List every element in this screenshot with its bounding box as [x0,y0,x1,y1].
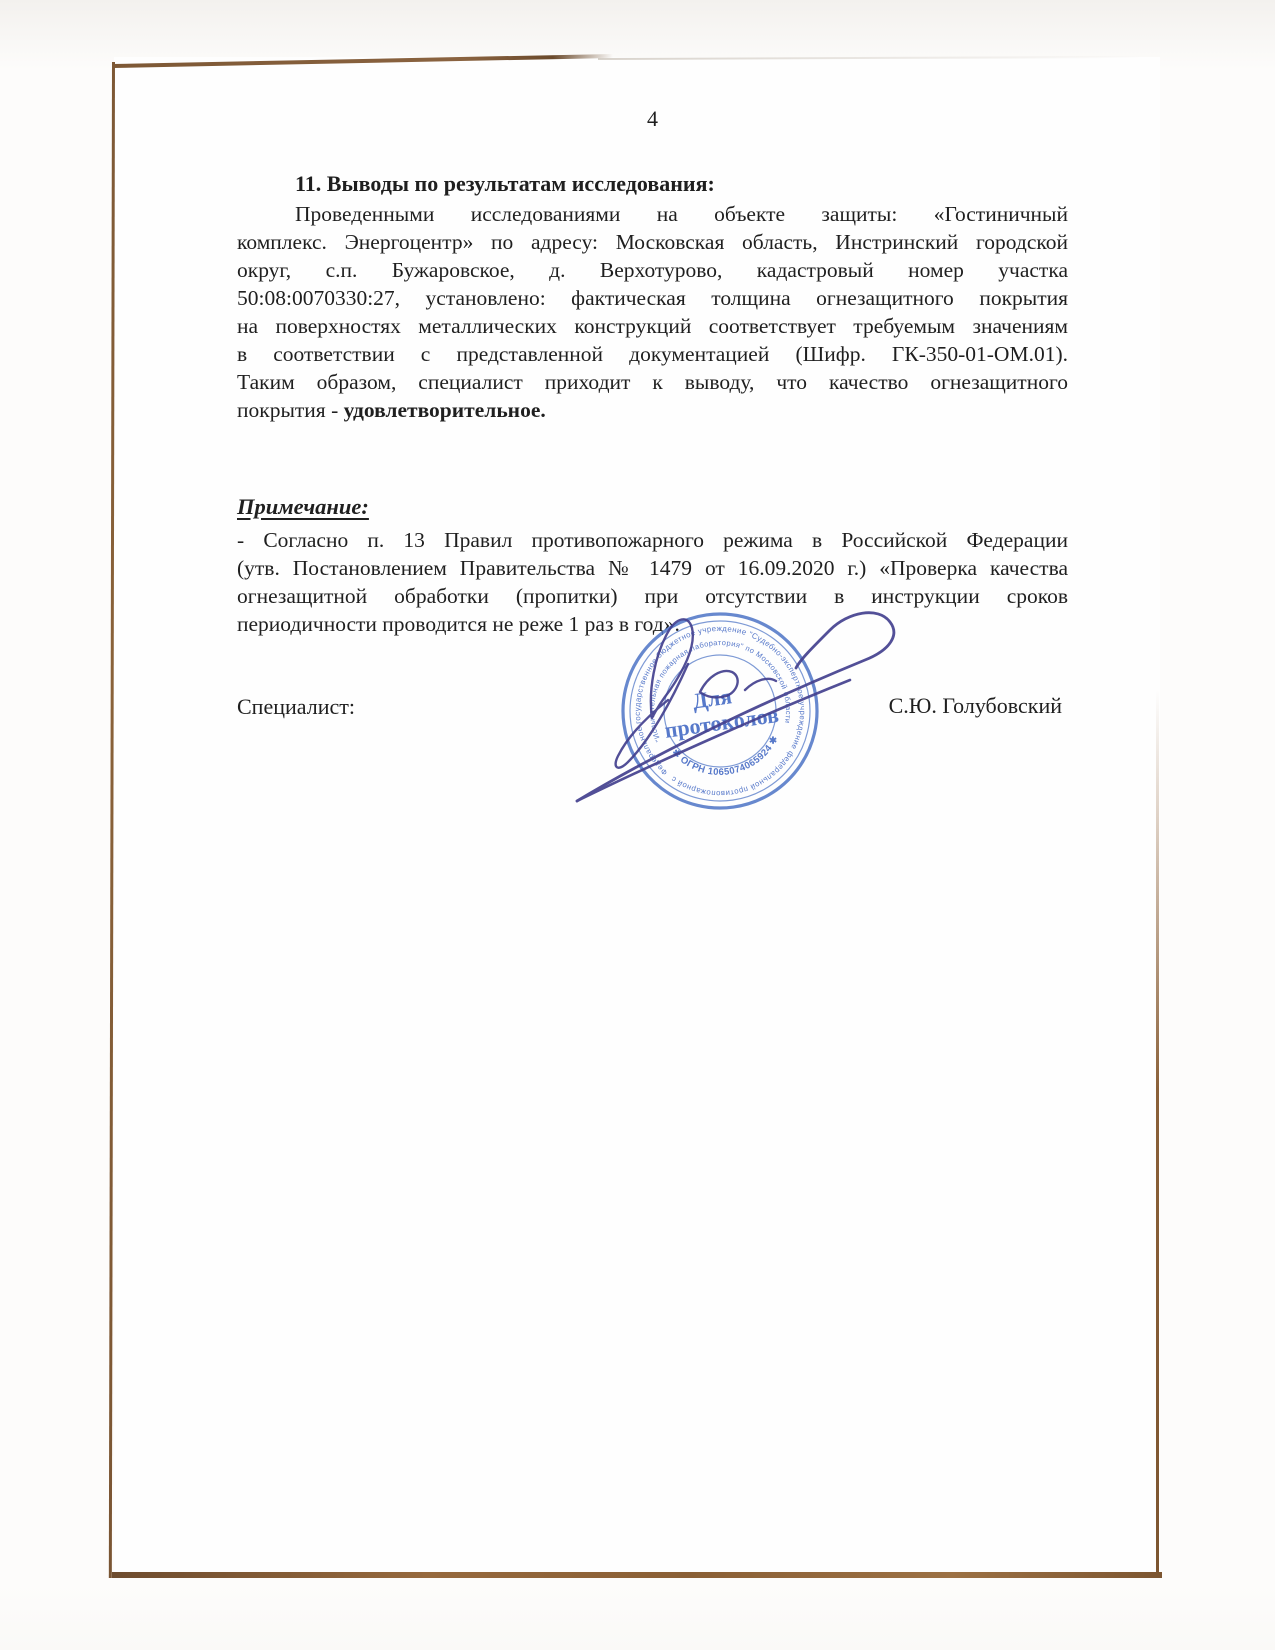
note-heading: Примечание: [237,493,1068,521]
body-lines: Проведенными исследованиями на объекте з… [237,200,1068,396]
text-line: в соответствии с представленной документ… [237,340,1068,368]
handwritten-signature [540,585,940,815]
page-number: 4 [237,105,1068,133]
conclusion-prefix: покрытия - [237,398,344,422]
text-line: Проведенными исследованиями на объекте з… [237,200,1068,228]
text-line: (утв. Постановлением Правительства № 147… [237,554,1068,582]
text-line: 50:08:0070330:27, установлено: фактическ… [237,284,1068,312]
text-line: округ, с.п. Бужаровское, д. Верхотурово,… [237,256,1068,284]
body-paragraph: Проведенными исследованиями на объекте з… [237,200,1068,424]
text-line: покрытия - удовлетворительное. [237,396,1068,424]
conclusion-bold: удовлетворительное. [344,398,546,422]
page-edge-bottom [112,1572,1162,1578]
text-line: - Согласно п. 13 Правил противопожарного… [237,526,1068,554]
text-line: комплекс. Энергоцентр» по адресу: Москов… [237,228,1068,256]
text-line: на поверхностях металлических конструкци… [237,312,1068,340]
scanned-document: 4 11. Выводы по результатам исследования… [0,0,1275,1650]
text-line: Таким образом, специалист приходит к выв… [237,368,1068,396]
section-heading: 11. Выводы по результатам исследования: [237,170,1126,198]
page-edge-right [1156,690,1159,1578]
